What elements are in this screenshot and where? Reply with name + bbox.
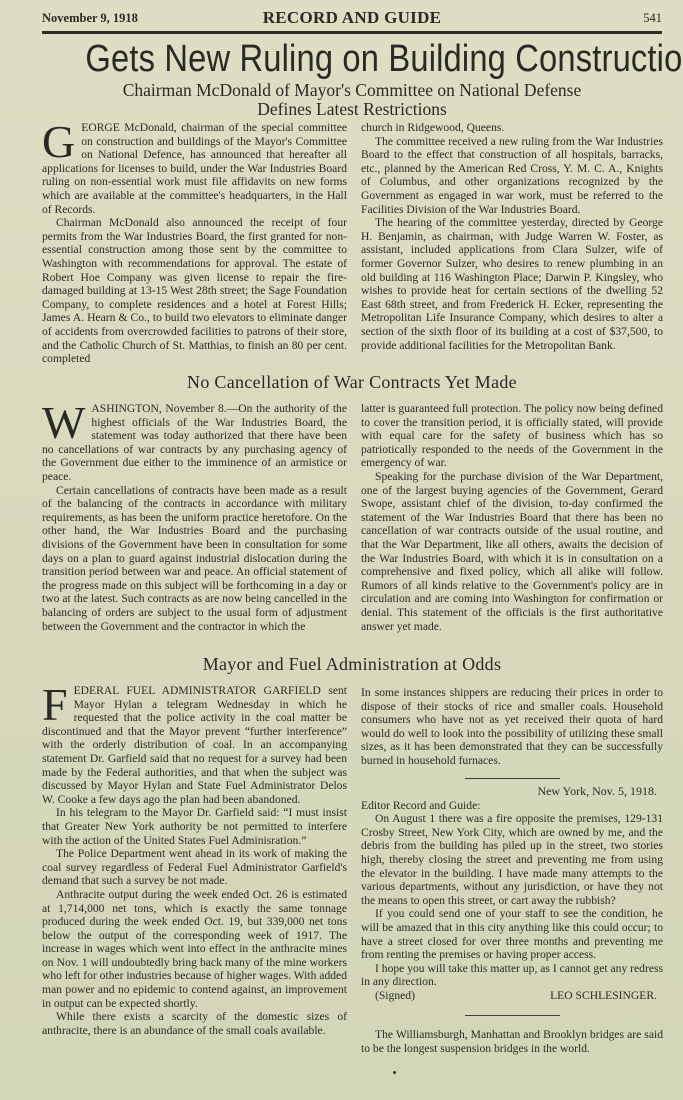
article2-dropcap: W xyxy=(42,404,85,442)
signature-name: LEO SCHLESINGER. xyxy=(550,989,657,1003)
article1-subhead: Chairman McDonald of Mayor's Committee o… xyxy=(42,81,662,119)
article2-column-left: WASHINGTON, November 8.—On the authority… xyxy=(42,402,347,633)
newspaper-page: RECORD AND GUIDE November 9, 1918 541 Ge… xyxy=(0,0,683,1100)
article1-paragraph-2: Chairman McDonald also announced the rec… xyxy=(42,216,347,366)
letter-dateline: New York, Nov. 5, 1918. xyxy=(361,785,663,799)
filler-paragraph: The Williamsburgh, Manhattan and Brookly… xyxy=(361,1028,663,1055)
running-header: RECORD AND GUIDE November 9, 1918 541 xyxy=(42,8,662,28)
article1-dropcap: G xyxy=(42,123,75,161)
issue-date: November 9, 1918 xyxy=(42,11,138,26)
print-speck xyxy=(393,1071,396,1074)
article3-title: Mayor and Fuel Administration at Odds xyxy=(42,654,662,675)
article2-paragraph-2: Certain cancellations of contracts have … xyxy=(42,484,347,634)
article1-column-right: church in Ridgewood, Queens. The committ… xyxy=(361,121,663,352)
article2-column-right: latter is guaranteed full protection. Th… xyxy=(361,402,663,633)
section-divider xyxy=(465,1015,560,1017)
article1-subhead-line2: Defines Latest Restrictions xyxy=(42,100,662,119)
article3-paragraph-5: While there exists a scarcity of the dom… xyxy=(42,1010,347,1037)
article1-column-left: GEORGE McDonald, chairman of the special… xyxy=(42,121,347,366)
signed-label: (Signed) xyxy=(375,989,415,1003)
letter-signature-line: (Signed) LEO SCHLESINGER. xyxy=(361,989,663,1003)
article1-headline: Gets New Ruling on Building Construction xyxy=(85,38,618,80)
letter-paragraph-1: On August 1 there was a fire opposite th… xyxy=(361,812,663,907)
letter-paragraph-3: I hope you will take this matter up, as … xyxy=(361,962,663,989)
article2-paragraph-3: Speaking for the purchase division of th… xyxy=(361,470,663,633)
article2-paragraph-1: ASHINGTON, November 8.—On the authority … xyxy=(42,402,347,483)
article3-paragraph-2: In his telegram to the Mayor Dr. Garfiel… xyxy=(42,806,347,847)
article1-paragraph-3: The committee received a new ruling from… xyxy=(361,135,663,217)
article3-column-right: In some instances shippers are reducing … xyxy=(361,686,663,1055)
article2-paragraph-2-cont: latter is guaranteed full protection. Th… xyxy=(361,402,663,470)
header-rule xyxy=(42,31,662,34)
article3-paragraph-4: Anthracite output during the week ended … xyxy=(42,888,347,1010)
letter-salutation: Editor Record and Guide: xyxy=(361,799,663,813)
section-divider xyxy=(465,778,560,780)
article1-subhead-line1: Chairman McDonald of Mayor's Committee o… xyxy=(42,81,662,100)
article2-title: No Cancellation of War Contracts Yet Mad… xyxy=(42,372,662,393)
letter-paragraph-2: If you could send one of your staff to s… xyxy=(361,907,663,961)
article1-paragraph-4: The hearing of the committee yesterday, … xyxy=(361,216,663,352)
article3-dropcap: F xyxy=(42,686,68,724)
article1-paragraph-1: EORGE McDonald, chairman of the special … xyxy=(42,121,347,216)
article1-paragraph-2-cont: church in Ridgewood, Queens. xyxy=(361,121,663,135)
page-number: 541 xyxy=(643,11,662,26)
article3-paragraph-1: EDERAL FUEL ADMINISTRATOR GARFIELD sent … xyxy=(42,684,347,806)
article3-column-left: FEDERAL FUEL ADMINISTRATOR GARFIELD sent… xyxy=(42,684,347,1037)
article3-paragraph-5-cont: In some instances shippers are reducing … xyxy=(361,686,663,768)
article3-paragraph-3: The Police Department went ahead in its … xyxy=(42,847,347,888)
